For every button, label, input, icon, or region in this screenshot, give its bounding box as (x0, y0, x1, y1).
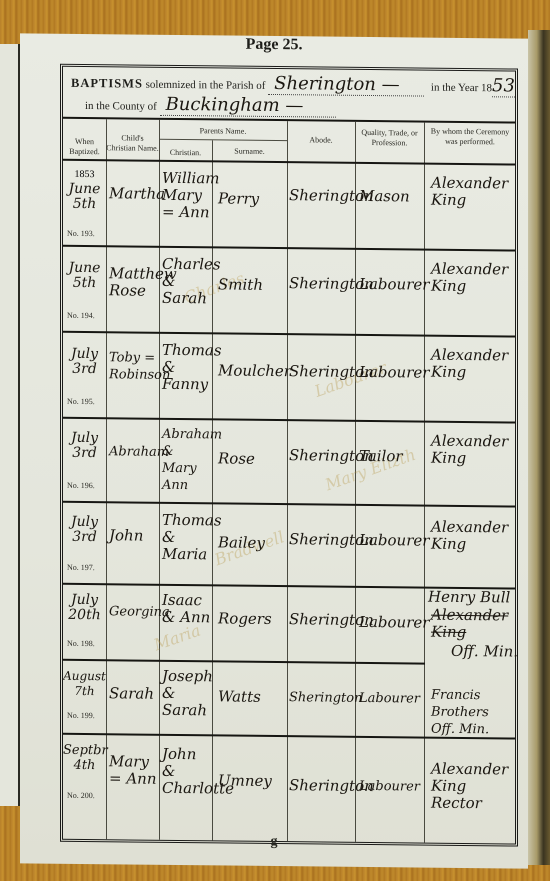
entry-date: July 3rd (63, 347, 106, 377)
parents-christian: William Mary = Ann (162, 170, 212, 222)
entry-row: July 20th No. 198. Georgina Isaac & Ann … (63, 585, 515, 664)
abode: Sherington (289, 363, 355, 381)
solemnized-label: solemnized in the Parish of (146, 79, 266, 92)
header-child-name: Child's Christian Name. (106, 133, 159, 154)
officiant: Alexander King Rector (431, 761, 516, 813)
child-name: Martha (109, 185, 159, 203)
baptism-register-table: BAPTISMS solemnized in the Parish of She… (60, 64, 518, 847)
parents-christian: Thomas & Fanny (162, 342, 212, 394)
parents-christian: Charles & Sarah (162, 256, 212, 308)
entry-number: No. 193. (67, 229, 95, 238)
header-christian: Christian. (159, 148, 212, 159)
entry-number: No. 195. (67, 397, 95, 406)
abode: Sherington (289, 187, 355, 205)
officiant-struck: Alexander King (431, 607, 516, 642)
entry-number: No. 199. (67, 711, 95, 720)
officiant: Francis Brothers Off. Min. (431, 687, 516, 739)
entry-date: June 5th (63, 261, 106, 291)
abode: Sherington (289, 689, 355, 707)
abode: Sherington (289, 531, 355, 549)
parents-surname: Perry (218, 190, 287, 208)
child-name: Matthew Rose (109, 265, 159, 300)
entry-row: June 5th No. 194. Matthew Rose Charles &… (63, 247, 515, 336)
entry-number: No. 197. (67, 563, 95, 572)
baptisms-heading: BAPTISMS (71, 76, 143, 91)
parents-surname: Moulcher (218, 362, 287, 380)
register-page: Page 25. BAPTISMS solemnized in the Pari… (20, 33, 528, 868)
quality-trade: Labourer (359, 364, 424, 382)
child-name: Georgina (109, 603, 159, 621)
parents-surname: Bailey (218, 534, 287, 552)
header-by-whom: By whom the Ceremony was performed. (424, 127, 516, 148)
abode: Sherington (289, 777, 355, 795)
officiant: Alexander King (431, 261, 516, 296)
child-name: Mary = Ann (109, 753, 159, 788)
header-top-rule (63, 117, 515, 124)
entry-date: 1853 June 5th (63, 167, 106, 212)
parents-subheader-rule (159, 139, 287, 141)
entry-number: No. 200. (67, 791, 95, 800)
header-surname: Surname. (212, 146, 287, 157)
header-when-baptized: When Baptized. (63, 137, 106, 157)
parents-christian: Thomas & Maria (162, 512, 212, 564)
entry-number: No. 198. (67, 639, 95, 648)
child-name: Sarah (109, 685, 159, 703)
officiant: Alexander King (431, 175, 516, 210)
entry-date: July 20th (63, 593, 106, 623)
child-name: John (109, 527, 159, 545)
year-value: 53 (492, 75, 515, 97)
quality-trade: Tailor (359, 448, 424, 466)
parents-surname: Rose (218, 450, 287, 468)
quality-trade: Mason (359, 188, 424, 206)
abode: Sherington (289, 275, 355, 293)
abode: Sherington (289, 447, 355, 465)
quality-trade: Labourer (359, 690, 424, 708)
page-number: Page 25. (20, 33, 528, 56)
entry-row: July 3rd No. 195. Toby = Robinson Thomas… (63, 333, 515, 422)
parents-christian: Isaac & Ann (162, 592, 212, 627)
child-name: Toby = Robinson (109, 349, 159, 384)
year-label: in the Year 18 (431, 82, 492, 95)
header-abode: Abode. (287, 135, 355, 146)
quality-trade: Labourer (359, 614, 424, 632)
entry-row: Septbr 4th No. 200. Mary = Ann John & Ch… (63, 735, 515, 844)
parents-surname: Watts (218, 688, 287, 706)
quality-trade: Labourer (359, 532, 424, 550)
book-page-edges (528, 30, 550, 865)
header-parents-name: Parents Name. (159, 126, 287, 137)
quality-trade: Labourer (359, 778, 424, 796)
officiant: Alexander King (431, 519, 516, 554)
parents-surname: Umney (218, 772, 287, 790)
officiant: Alexander King (431, 433, 516, 468)
child-name: Abraham (109, 443, 159, 461)
parents-christian: John & Charlotte (162, 746, 212, 798)
facing-page-edge (0, 44, 20, 806)
entry-date: July 3rd (63, 515, 106, 545)
officiant-note: Off. Min. (451, 643, 531, 661)
parish-name: Sherington — (268, 73, 424, 97)
entry-number: No. 194. (67, 311, 95, 320)
entry-number: No. 196. (67, 481, 95, 490)
county-name: Buckingham — (160, 94, 336, 118)
parents-christian: Joseph & Sarah (162, 668, 212, 720)
officiant: Henry Bull (428, 589, 528, 607)
county-label: in the County of (85, 100, 157, 113)
header-quality: Quality, Trade, or Profession. (355, 128, 424, 149)
parents-christian: Abraham & Mary Ann (162, 426, 212, 495)
parents-surname: Rogers (218, 610, 287, 628)
entry-row: July 3rd No. 196. Abraham Abraham & Mary… (63, 419, 515, 506)
entry-row: July 3rd No. 197. John Thomas & Maria Ba… (63, 503, 515, 588)
officiant: Alexander King (431, 347, 516, 382)
entry-row: 1853 June 5th No. 193. Martha William Ma… (63, 161, 515, 250)
parents-surname: Smith (218, 276, 287, 294)
entry-date: August 7th (63, 669, 106, 699)
register-title-line-2: in the County of Buckingham — (85, 93, 336, 118)
quality-trade: Labourer (359, 276, 424, 294)
entry-row: August 7th No. 199. Sarah Joseph & Sarah… (63, 661, 515, 738)
entry-date: Septbr 4th (63, 743, 106, 773)
abode: Sherington (289, 611, 355, 629)
entry-date: July 3rd (63, 431, 106, 461)
